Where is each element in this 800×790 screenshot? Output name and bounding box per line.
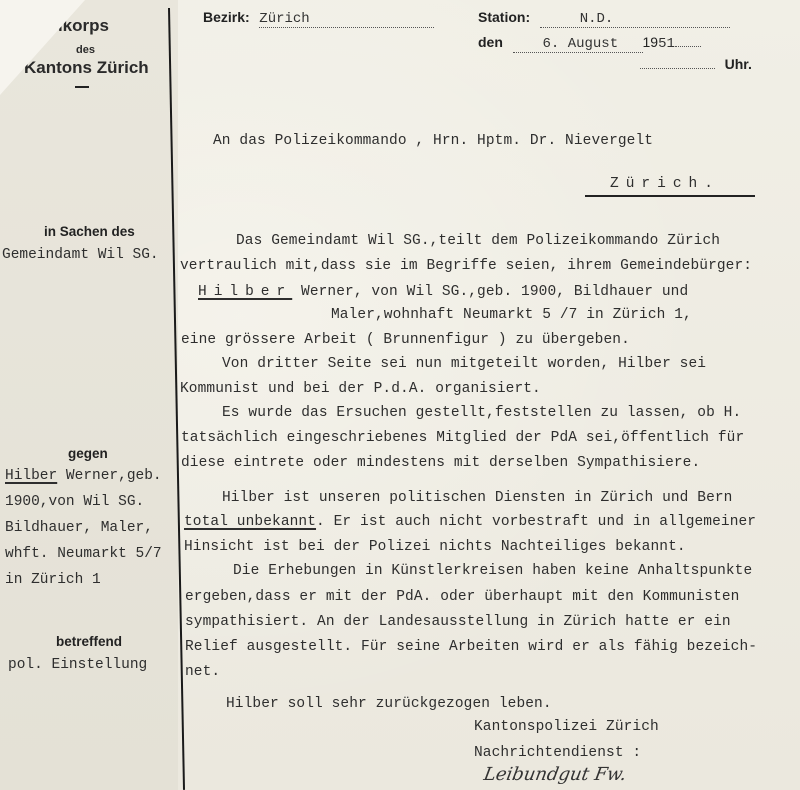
- signature: Leibundgut Fw.: [482, 764, 628, 785]
- date-field: den 6. August1951: [478, 34, 701, 53]
- addressee-city: Zürich.: [585, 176, 755, 197]
- body-line: Relief ausgestellt. Für seine Arbeiten w…: [185, 639, 757, 655]
- station-value: N.D.: [580, 11, 614, 27]
- time-field: Uhr.: [640, 56, 752, 74]
- in-sachen-label: in Sachen des: [44, 224, 135, 239]
- gegen-line-1: Hilber Werner,geb.: [5, 468, 162, 484]
- body-line: Hilber soll sehr zurückgezogen leben.: [226, 696, 552, 712]
- date-value: 6. August: [543, 36, 619, 52]
- gegen-label: gegen: [68, 446, 108, 461]
- closing-dept: Nachrichtendienst :: [474, 745, 641, 761]
- body-line: Von dritter Seite sei nun mitgeteilt wor…: [222, 356, 706, 372]
- body-line: Die Erhebungen in Künstlerkreisen haben …: [233, 563, 752, 579]
- gegen-line-4: whft. Neumarkt 5/7: [5, 546, 162, 562]
- gegen-line-3: Bildhauer, Maler,: [5, 520, 153, 536]
- addressee-line: An das Polizeikommando , Hrn. Hptm. Dr. …: [213, 133, 653, 149]
- gegen-line-2: 1900,von Wil SG.: [5, 494, 144, 510]
- body-line: vertraulich mit,dass sie im Begriffe sei…: [180, 258, 752, 274]
- body-line: tatsächlich eingeschriebenes Mitglied de…: [181, 430, 744, 446]
- document-page: zeikorps des Kantons Zürich Bezirk: Züri…: [0, 0, 800, 790]
- bezirk-value: Zürich: [259, 11, 309, 27]
- body-line: sympathisiert. An der Landesausstellung …: [185, 614, 731, 630]
- body-line: ergeben,dass er mit der PdA. oder überha…: [185, 589, 740, 605]
- body-line: Das Gemeindamt Wil SG.,teilt dem Polizei…: [236, 233, 720, 249]
- body-line: Hilber Werner, von Wil SG.,geb. 1900, Bi…: [198, 284, 688, 300]
- body-line: diese eintrete oder mindestens mit derse…: [181, 455, 700, 471]
- body-line: Es wurde das Ersuchen gestellt,feststell…: [222, 405, 741, 421]
- closing-org: Kantonspolizei Zürich: [474, 719, 659, 735]
- station-field: Station: N.D.: [478, 9, 730, 28]
- folded-corner: [0, 0, 85, 95]
- bezirk-field: Bezirk: Zürich: [203, 9, 434, 28]
- emphasis-underline: total unbekannt: [184, 514, 316, 530]
- body-line: total unbekannt. Er ist auch nicht vorbe…: [184, 514, 756, 530]
- in-sachen-value: Gemeindamt Wil SG.: [2, 247, 159, 263]
- year-prefix: 19: [643, 34, 659, 50]
- body-line: eine grössere Arbeit ( Brunnenfigur ) zu…: [181, 332, 630, 348]
- body-line: Maler,wohnhaft Neumarkt 5 /7 in Zürich 1…: [331, 307, 692, 323]
- body-line: Kommunist und bei der P.d.A. organisiert…: [180, 381, 541, 397]
- body-line: Hilber ist unseren politischen Diensten …: [222, 490, 732, 506]
- body-line: Hinsicht ist bei der Polizei nichts Nach…: [184, 539, 686, 555]
- betreffend-label: betreffend: [56, 634, 122, 649]
- gegen-name: Hilber: [5, 468, 57, 484]
- year-suffix: 51: [658, 36, 675, 52]
- subject-name: Hilber: [198, 284, 292, 300]
- body-line: net.: [185, 664, 220, 680]
- betreffend-value: pol. Einstellung: [8, 657, 147, 673]
- gegen-line-5: in Zürich 1: [5, 572, 101, 588]
